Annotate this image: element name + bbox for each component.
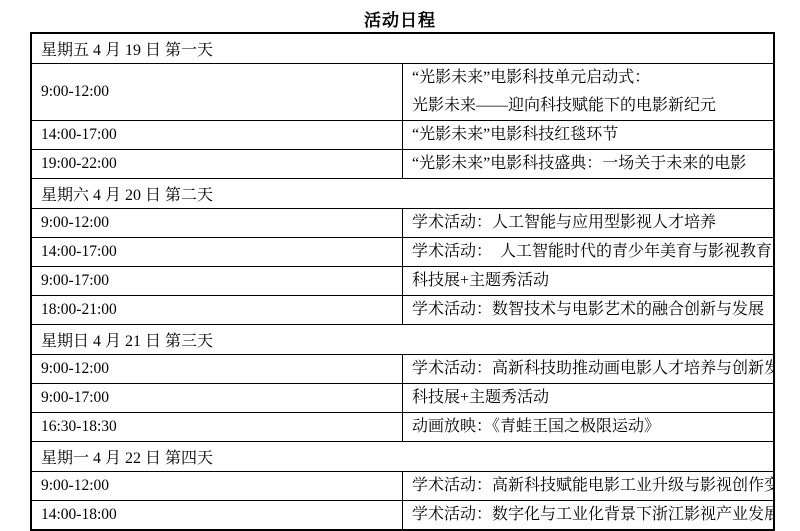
- activity-cell: 学术活动： 人工智能时代的青少年美育与影视教育: [403, 238, 775, 267]
- schedule-table-body: 星期五 4 月 19 日 第一天9:00-12:00“光影未来”电影科技单元启动…: [31, 33, 774, 530]
- activity-cell: 学术活动：高新科技赋能电影工业升级与影视创作变革: [403, 472, 775, 501]
- activity-cell: “光影未来”电影科技单元启动式：光影未来——迎向科技赋能下的电影新纪元: [403, 64, 775, 121]
- page-title: 活动日程: [0, 6, 800, 31]
- activity-line: 学术活动：高新科技助推动画电影人才培养与创新发展: [412, 355, 773, 383]
- day-header-row: 星期一 4 月 22 日 第四天: [31, 442, 774, 472]
- schedule-row: 14:00-17:00学术活动： 人工智能时代的青少年美育与影视教育: [31, 238, 774, 267]
- activity-cell: “光影未来”电影科技红毯环节: [403, 121, 775, 150]
- activity-cell: 学术活动：人工智能与应用型影视人才培养: [403, 209, 775, 238]
- schedule-row: 19:00-22:00“光影未来”电影科技盛典：一场关于未来的电影: [31, 150, 774, 179]
- day-header-cell: 星期一 4 月 22 日 第四天: [31, 442, 774, 472]
- schedule-table: 星期五 4 月 19 日 第一天9:00-12:00“光影未来”电影科技单元启动…: [30, 32, 775, 531]
- activity-cell: 学术活动：高新科技助推动画电影人才培养与创新发展: [403, 355, 775, 384]
- activity-line: 科技展+主题秀活动: [412, 267, 773, 295]
- schedule-row: 14:00-17:00“光影未来”电影科技红毯环节: [31, 121, 774, 150]
- activity-line: “光影未来”电影科技红毯环节: [412, 121, 773, 149]
- time-cell: 19:00-22:00: [31, 150, 403, 179]
- day-header-row: 星期日 4 月 21 日 第三天: [31, 325, 774, 355]
- time-cell: 16:30-18:30: [31, 413, 403, 442]
- day-header-cell: 星期六 4 月 20 日 第二天: [31, 179, 774, 209]
- activity-line: 动画放映：《青蛙王国之极限运动》: [412, 413, 773, 441]
- activity-line: 学术活动： 人工智能时代的青少年美育与影视教育: [412, 238, 773, 266]
- time-cell: 9:00-17:00: [31, 384, 403, 413]
- day-header-cell: 星期五 4 月 19 日 第一天: [31, 33, 774, 64]
- activity-cell: 动画放映：《青蛙王国之极限运动》: [403, 413, 775, 442]
- activity-cell: 学术活动：数字化与工业化背景下浙江影视产业发展: [403, 501, 775, 531]
- schedule-row: 14:00-18:00学术活动：数字化与工业化背景下浙江影视产业发展: [31, 501, 774, 531]
- time-cell: 9:00-12:00: [31, 209, 403, 238]
- time-cell: 9:00-12:00: [31, 472, 403, 501]
- time-cell: 14:00-18:00: [31, 501, 403, 531]
- schedule-row: 9:00-17:00科技展+主题秀活动: [31, 267, 774, 296]
- schedule-row: 9:00-12:00学术活动：高新科技赋能电影工业升级与影视创作变革: [31, 472, 774, 501]
- time-cell: 9:00-17:00: [31, 267, 403, 296]
- activity-line: 学术活动：数智技术与电影艺术的融合创新与发展: [412, 296, 773, 324]
- activity-cell: 科技展+主题秀活动: [403, 267, 775, 296]
- document-page: 活动日程 星期五 4 月 19 日 第一天9:00-12:00“光影未来”电影科…: [0, 0, 800, 531]
- schedule-row: 9:00-17:00科技展+主题秀活动: [31, 384, 774, 413]
- activity-line: 光影未来——迎向科技赋能下的电影新纪元: [412, 92, 773, 120]
- activity-line: “光影未来”电影科技盛典：一场关于未来的电影: [412, 150, 773, 178]
- time-cell: 18:00-21:00: [31, 296, 403, 325]
- time-cell: 9:00-12:00: [31, 355, 403, 384]
- activity-line: 学术活动：高新科技赋能电影工业升级与影视创作变革: [412, 472, 773, 500]
- activity-cell: “光影未来”电影科技盛典：一场关于未来的电影: [403, 150, 775, 179]
- time-cell: 14:00-17:00: [31, 121, 403, 150]
- time-cell: 9:00-12:00: [31, 64, 403, 121]
- schedule-row: 9:00-12:00学术活动：人工智能与应用型影视人才培养: [31, 209, 774, 238]
- activity-cell: 科技展+主题秀活动: [403, 384, 775, 413]
- day-header-row: 星期六 4 月 20 日 第二天: [31, 179, 774, 209]
- activity-cell: 学术活动：数智技术与电影艺术的融合创新与发展: [403, 296, 775, 325]
- activity-line: 学术活动：人工智能与应用型影视人才培养: [412, 209, 773, 237]
- day-header-row: 星期五 4 月 19 日 第一天: [31, 33, 774, 64]
- schedule-row: 18:00-21:00学术活动：数智技术与电影艺术的融合创新与发展: [31, 296, 774, 325]
- schedule-row: 9:00-12:00“光影未来”电影科技单元启动式：光影未来——迎向科技赋能下的…: [31, 64, 774, 121]
- schedule-row: 16:30-18:30动画放映：《青蛙王国之极限运动》: [31, 413, 774, 442]
- activity-line: 学术活动：数字化与工业化背景下浙江影视产业发展: [412, 501, 773, 529]
- activity-line: 科技展+主题秀活动: [412, 384, 773, 412]
- time-cell: 14:00-17:00: [31, 238, 403, 267]
- schedule-row: 9:00-12:00学术活动：高新科技助推动画电影人才培养与创新发展: [31, 355, 774, 384]
- activity-line: “光影未来”电影科技单元启动式：: [412, 64, 773, 92]
- day-header-cell: 星期日 4 月 21 日 第三天: [31, 325, 774, 355]
